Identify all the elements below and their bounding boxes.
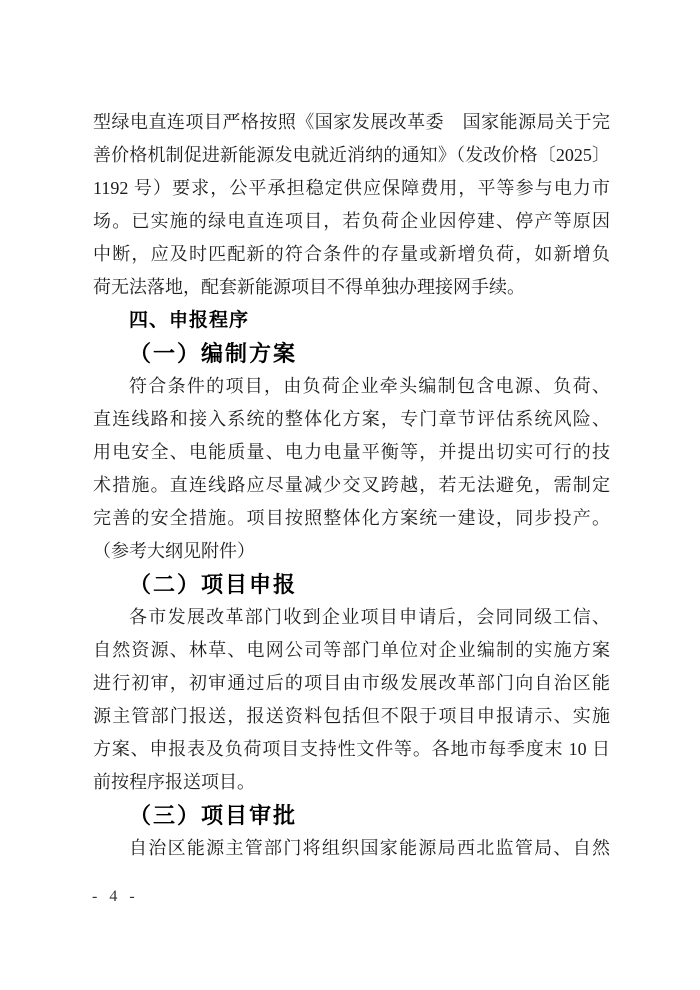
text-line-7: 四、申报程序 [93,304,610,337]
text-line-23: 自治区能源主管部门将组织国家能源局西北监管局、自然 [93,832,610,865]
text-line-8: （一）编制方案 [93,337,610,370]
text-line-20: 方案、申报表及负荷项目支持性文件等。各地市每季度末 10 日 [93,733,610,766]
text-line-21: 前按程序报送项目。 [93,766,610,799]
text-line-13: 完善的安全措施。项目按照整体化方案统一建设，同步投产。 [93,502,610,535]
document-text: 型绿电直连项目严格按照《国家发展改革委 国家能源局关于完善价格机制促进新能源发电… [93,106,610,865]
text-line-22: （三）项目审批 [93,799,610,832]
text-line-17: 自然资源、林草、电网公司等部门单位对企业编制的实施方案 [93,634,610,667]
text-line-11: 用电安全、电能质量、电力电量平衡等，并提出切实可行的技 [93,436,610,469]
page-number: - 4 - [92,888,139,906]
text-line-18: 进行初审，初审通过后的项目由市级发展改革部门向自治区能 [93,667,610,700]
text-line-4: 场。已实施的绿电直连项目，若负荷企业因停建、停产等原因 [93,205,610,238]
text-line-12: 术措施。直连线路应尽量减少交叉跨越，若无法避免，需制定 [93,469,610,502]
text-line-14: （参考大纲见附件） [93,535,610,568]
text-line-15: （二）项目申报 [93,568,610,601]
text-line-5: 中断，应及时匹配新的符合条件的存量或新增负荷，如新增负 [93,238,610,271]
text-line-6: 荷无法落地，配套新能源项目不得单独办理接网手续。 [93,271,610,304]
text-line-9: 符合条件的项目，由负荷企业牵头编制包含电源、负荷、 [93,370,610,403]
document-page: 型绿电直连项目严格按照《国家发展改革委 国家能源局关于完善价格机制促进新能源发电… [0,0,700,990]
text-line-16: 各市发展改革部门收到企业项目申请后，会同同级工信、 [93,601,610,634]
text-line-2: 善价格机制促进新能源发电就近消纳的通知》（发改价格〔2025〕 [93,139,610,172]
text-line-19: 源主管部门报送，报送资料包括但不限于项目申报请示、实施 [93,700,610,733]
text-line-10: 直连线路和接入系统的整体化方案，专门章节评估系统风险、 [93,403,610,436]
text-line-3: 1192 号）要求，公平承担稳定供应保障费用，平等参与电力市 [93,172,610,205]
text-line-1: 型绿电直连项目严格按照《国家发展改革委 国家能源局关于完 [93,106,610,139]
